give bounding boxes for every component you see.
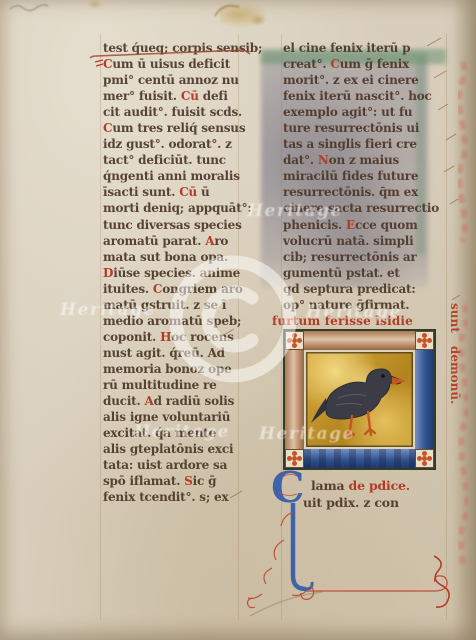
text-segment: H [160, 330, 171, 344]
text-segment: Cū [179, 185, 197, 199]
text-segment: tas a singlis fieri cre [283, 137, 417, 151]
text-segment: ro [214, 234, 228, 248]
text-segment: cit audit°. fuisit scds. [103, 105, 242, 119]
text-segment: memoria bonoz ope [103, 362, 232, 376]
text-line: uit pdix. z con [303, 494, 410, 511]
text-line: alis igne voluntariū [103, 410, 262, 426]
text-segment: d radiū solis [154, 394, 235, 408]
quatrefoil-flower-icon [422, 338, 427, 343]
text-segment: tunc diversas species [103, 218, 242, 232]
ruling-line [100, 34, 101, 620]
text-line: mata sut bona opa. [103, 250, 262, 266]
text-line: tunc diversas species [103, 218, 262, 234]
text-line: nust agit. q́reū. Ad [103, 346, 262, 362]
text-segment: matū gstruit. z se ī [103, 298, 226, 312]
text-segment: C [153, 282, 162, 296]
text-line: miracilū fides future [283, 169, 439, 185]
text-segment: idz gust°. odorat°. z [103, 137, 232, 151]
text-segment: C [330, 57, 339, 71]
text-line: gumentū pstat. et [283, 266, 439, 282]
text-line: spō iflamat. Sic ḡ [103, 474, 262, 490]
text-segment: nust agit. q́reū. Ad [103, 346, 225, 360]
gold-ground [304, 350, 415, 449]
text-line: fenix tcendit°. s; ex [103, 490, 262, 506]
text-segment: S [184, 474, 192, 488]
text-segment: cib; resurrectōnis ar [283, 250, 417, 264]
marginal-rubric-vertical: sunt demonū. [448, 303, 462, 404]
text-segment: E [346, 218, 355, 232]
parchment-stain [88, 0, 102, 8]
text-segment: īsacti sunt. [103, 185, 179, 199]
corner-quatrefoil [415, 331, 434, 350]
text-segment: morit°. z ex ei cinere [283, 73, 419, 87]
text-segment: furtum ferisse īsidie [272, 314, 413, 328]
text-line: rū multitudine re [103, 378, 262, 394]
text-segment: iūse species. anime [113, 266, 240, 280]
text-line: Cum tres reliq́ sensus [103, 121, 262, 137]
text-segment: qd septura predicat: [283, 282, 416, 296]
text-segment: cce quom [355, 218, 418, 232]
text-segment: defi [199, 89, 228, 103]
text-line: īsacti sunt. Cū ū [103, 185, 262, 201]
text-segment: N [318, 153, 329, 167]
text-line: qd septura predicat: [283, 282, 439, 298]
text-segment: C [103, 57, 112, 71]
parchment-crease [250, 592, 322, 616]
text-segment: gumentū pstat. et [283, 266, 400, 280]
text-line: excitat. q́a mente [103, 426, 262, 442]
text-line: tata: uist ardore sa [103, 458, 262, 474]
text-line: coponit. Hoc rocens [103, 330, 262, 346]
text-segment: test q́ueq; corpis sensib; [103, 41, 262, 55]
text-line: cib; resurrectōnis ar [283, 250, 439, 266]
text-line: idz gust°. odorat°. z [103, 137, 262, 153]
manuscript-page: test q́ueq; corpis sensib;Cum ū uisus de… [0, 0, 476, 640]
text-line: mer° fuisit. Cū defi [103, 89, 262, 105]
text-segment: aromatū parat. [103, 234, 205, 248]
text-segment: de pdice. [349, 478, 410, 493]
text-segment: spō iflamat. [103, 474, 184, 488]
text-line: ducit. Ad radiū solis [103, 394, 262, 410]
text-segment: alis igne voluntariū [103, 410, 230, 424]
text-line: test q́ueq; corpis sensib; [103, 41, 262, 57]
text-segment: rū multitudine re [103, 378, 217, 392]
text-line: ituites. Congriem aro [103, 282, 262, 298]
text-segment: volucrū natā. simpli [283, 234, 414, 248]
right-text-column: el cine fenix iterū pcreat°. Cum ḡ fenix… [283, 41, 439, 330]
text-segment: lama [311, 478, 349, 493]
text-segment: exemplo agit°: ut fu [283, 105, 412, 119]
text-segment: ū [197, 185, 210, 199]
text-segment: pmi° centū annoz nu [103, 73, 239, 87]
text-segment: fenix iterū nascit°. hoc [283, 89, 432, 103]
text-line: creat°. Cum ḡ fenix [283, 57, 439, 73]
text-segment: coponit. [103, 330, 160, 344]
text-segment: ongriem aro [162, 282, 242, 296]
text-line: alis gteplatōnis exci [103, 442, 262, 458]
text-segment: fenix tcendit°. s; ex [103, 490, 228, 504]
text-segment: medio aromatū speb; [103, 314, 241, 328]
text-segment: op° nature ḡfirmat. [283, 298, 409, 312]
text-line: op° nature ḡfirmat. [283, 298, 439, 314]
text-line: resurrectōnis. q̄m ex [283, 185, 439, 201]
frame-band-top [304, 331, 415, 350]
text-line: exemplo agit°: ut fu [283, 105, 439, 121]
text-segment: uit pdix. z con [303, 495, 399, 510]
quatrefoil-flower-icon [422, 456, 427, 461]
text-segment: tata: uist ardore sa [103, 458, 227, 472]
text-line: ture resurrectōnis ui [283, 121, 439, 137]
text-segment: um tres reliq́ sensus [112, 121, 245, 135]
text-segment: ic ḡ [193, 474, 217, 488]
text-line: dat°. Non z maius [283, 153, 439, 169]
text-segment: creat°. [283, 57, 330, 71]
text-segment: dat°. [283, 153, 318, 167]
text-line: medio aromatū speb; [103, 314, 262, 330]
text-line: lama de pdice. [303, 477, 410, 494]
text-line: phenicis. Ecce quom [283, 218, 439, 234]
text-line: el cine fenix iterū p [283, 41, 439, 57]
text-segment: on z maius [329, 153, 399, 167]
text-segment: cinere sacta resurrectio [283, 201, 439, 215]
quatrefoil-flower-icon [292, 456, 297, 461]
text-segment: um ḡ fenix [340, 57, 409, 71]
text-segment: miracilū fides future [283, 169, 418, 183]
quatrefoil-flower-icon [292, 338, 297, 343]
text-line: q́ngenti anni moralis [103, 169, 262, 185]
text-line: memoria bonoz ope [103, 362, 262, 378]
text-segment: mer° fuisit. [103, 89, 181, 103]
text-segment: resurrectōnis. q̄m ex [283, 185, 418, 199]
text-line: pmi° centū annoz nu [103, 73, 262, 89]
text-line: Cum ū uisus deficit [103, 57, 262, 73]
phoenix-bird-icon [304, 350, 419, 453]
text-segment: mata sut bona opa. [103, 250, 228, 264]
text-segment: ituites. [103, 282, 153, 296]
text-segment: ture resurrectōnis ui [283, 121, 419, 135]
text-segment: q́ngenti anni moralis [103, 169, 240, 183]
ruling-line [446, 34, 447, 620]
text-line: tas a singlis fieri cre [283, 137, 439, 153]
text-segment: um ū uisus deficit [112, 57, 230, 71]
corner-quatrefoil [285, 331, 304, 350]
pencil-inscription [10, 5, 239, 16]
text-line: matū gstruit. z se ī [103, 298, 262, 314]
decorated-initial-c: C [271, 468, 304, 508]
text-segment: el cine fenix iterū p [283, 41, 410, 55]
text-line: aromatū parat. Aro [103, 234, 262, 250]
text-line: cinere sacta resurrectio [283, 201, 439, 217]
text-segment: D [103, 266, 113, 280]
text-segment: A [205, 234, 214, 248]
text-segment: oc rocens [171, 330, 233, 344]
text-line: Diūse species. anime [103, 266, 262, 282]
phoenix-miniature [283, 329, 436, 470]
text-segment: ducit. [103, 394, 144, 408]
text-line: morit°. z ex ei cinere [283, 73, 439, 89]
parchment-stain [250, 14, 266, 26]
text-segment: A [144, 394, 153, 408]
text-below-miniature: lama de pdice.uit pdix. z con [303, 477, 410, 511]
text-segment: C [103, 121, 112, 135]
text-line: fenix iterū nascit°. hoc [283, 89, 439, 105]
frame-band-left [285, 350, 304, 449]
text-segment: excitat. q́a mente [103, 426, 216, 440]
text-line: furtum ferisse īsidie [272, 314, 439, 330]
text-segment: alis gteplatōnis exci [103, 442, 233, 456]
text-segment: Cū [181, 89, 199, 103]
text-line: tact° deficiūt. tunc [103, 153, 262, 169]
text-segment: morti deniq; appquāt°: [103, 201, 252, 215]
text-line: volucrū natā. simpli [283, 234, 439, 250]
left-text-column: test q́ueq; corpis sensib;Cum ū uisus de… [103, 41, 262, 506]
text-segment: tact° deficiūt. tunc [103, 153, 226, 167]
text-line: morti deniq; appquāt°: [103, 201, 262, 217]
text-line: cit audit°. fuisit scds. [103, 105, 262, 121]
text-segment: phenicis. [283, 218, 346, 232]
